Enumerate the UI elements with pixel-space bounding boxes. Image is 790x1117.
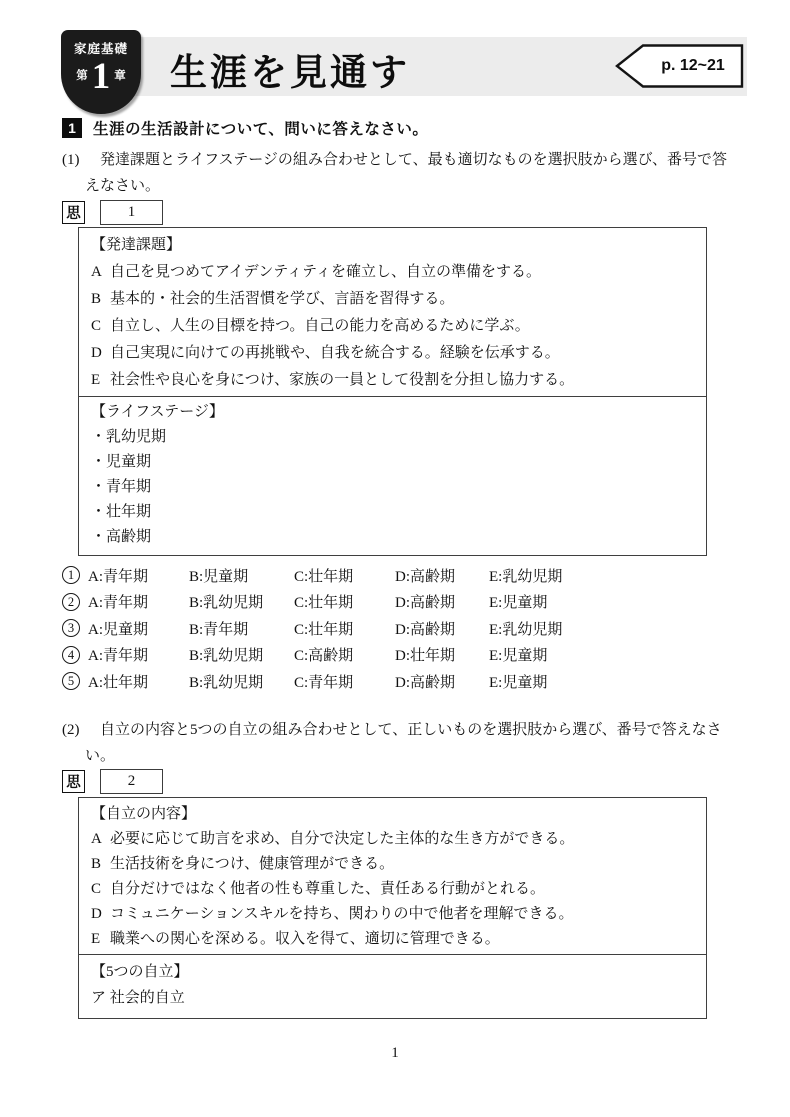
option-pair-e: E:乳幼児期 [489,618,746,639]
list-item: E 社会性や良心を身につけ、家族の一員として役割を分担し協力する。 [91,367,694,394]
option-row: 3 A:児童期 B:青年期 C:壮年期 D:高齢期 E:乳幼児期 [62,615,746,642]
option-pair-c: C:青年期 [294,671,395,692]
section-title: 【ライフステージ】 [91,400,694,425]
badge-chapter-number: 1 [92,58,111,95]
answer-row-1: 思 1 [62,199,746,225]
list-item: D 自己実現に向けての再挑戦や、自我を統合する。経験を伝承する。 [91,340,694,367]
item-label: E [91,367,110,394]
subquestion-1-text: (1) 発達課題とライフステージの組み合わせとして、最も適切なものを選択肢から選… [62,147,746,199]
question-heading-text: 生涯の生活設計について、問いに答えなさい。 [93,117,428,139]
item-text: 生活技術を身につけ、健康管理ができる。 [110,852,394,877]
item-text: 自己を見つめてアイデンティティを確立し、自立の準備をする。 [110,259,541,286]
badge-chapter-prefix: 第 [76,71,88,83]
badge-series-label: 家庭基礎 [61,39,141,57]
subquestion-2-line1: 自立の内容と5つの自立の組み合わせとして、正しいものを選択肢から選び、番号で答え… [100,717,722,743]
option-number: 3 [62,619,80,637]
item-text: 社会性や良心を身につけ、家族の一員として役割を分担し協力する。 [110,367,574,394]
list-item: C 自分だけではなく他者の性も尊重した、責任ある行動がとれる。 [91,877,694,902]
option-pair-d: D:高齢期 [395,565,489,586]
option-pair-e: E:児童期 [489,644,746,665]
worksheet-page: 生涯を見通す 家庭基礎 第 1 章 p. 12~21 1 生涯の生活設計について… [0,0,790,1117]
list-item: ・青年期 [91,475,694,500]
list-item: C 自立し、人生の目標を持つ。自己の能力を高めるために学ぶ。 [91,313,694,340]
option-pair-b: B:児童期 [189,565,294,586]
answer-options-1: 1 A:青年期 B:児童期 C:壮年期 D:高齢期 E:乳幼児期 2 A:青年期… [62,562,746,695]
item-text: 自己実現に向けての再挑戦や、自我を統合する。経験を伝承する。 [110,340,560,367]
answer-row-2: 思 2 [62,769,746,795]
item-label: D [91,902,110,927]
option-row: 4 A:青年期 B:乳幼児期 C:高齢期 D:壮年期 E:児童期 [62,642,746,669]
item-label: B [91,286,110,313]
item-label: E [91,927,110,952]
list-item: D コミュニケーションスキルを持ち、関わりの中で他者を理解できる。 [91,902,694,927]
option-pair-c: C:壮年期 [294,591,395,612]
list-item: ・壮年期 [91,500,694,525]
option-pair-d: D:壮年期 [395,644,489,665]
option-pair-b: B:乳幼児期 [189,671,294,692]
chapter-badge: 家庭基礎 第 1 章 [61,30,141,114]
badge-chapter-suffix: 章 [114,71,126,83]
page-number: 1 [0,1045,790,1062]
subquestion-2-text: (2) 自立の内容と5つの自立の組み合わせとして、正しいものを選択肢から選び、番… [62,717,746,769]
section-title: 【5つの自立】 [91,959,694,985]
list-item: E 職業への関心を深める。収入を得て、適切に管理できる。 [91,927,694,952]
item-label: B [91,852,110,877]
subquestion-1-line2: えなさい。 [85,173,746,199]
item-label: A [91,827,110,852]
list-item: ・児童期 [91,450,694,475]
option-pair-c: C:壮年期 [294,618,395,639]
list-item: B 生活技術を身につけ、健康管理ができる。 [91,852,694,877]
option-pair-a: A:青年期 [88,565,189,586]
item-text: 職業への関心を深める。収入を得て、適切に管理できる。 [110,927,500,952]
think-icon: 思 [62,201,85,224]
question-number-badge: 1 [62,118,82,138]
five-independence-section: 【5つの自立】 ア 社会的自立 [79,954,706,1018]
option-pair-d: D:高齢期 [395,671,489,692]
item-label: C [91,877,110,902]
item-label: A [91,259,110,286]
item-label: D [91,340,110,367]
option-pair-d: D:高齢期 [395,618,489,639]
item-text: 自分だけではなく他者の性も尊重した、責任ある行動がとれる。 [110,877,545,902]
option-pair-e: E:児童期 [489,591,746,612]
option-row: 5 A:壮年期 B:乳幼児期 C:青年期 D:高齢期 E:児童期 [62,668,746,695]
choices-box-1: 【発達課題】 A 自己を見つめてアイデンティティを確立し、自立の準備をする。 B… [78,227,707,556]
development-tasks-section: 【発達課題】 A 自己を見つめてアイデンティティを確立し、自立の準備をする。 B… [79,228,706,396]
option-row: 1 A:青年期 B:児童期 C:壮年期 D:高齢期 E:乳幼児期 [62,562,746,589]
option-number: 1 [62,566,80,584]
section-title: 【発達課題】 [91,232,694,259]
option-pair-a: A:青年期 [88,644,189,665]
subquestion-1-label: (1) [62,147,100,173]
item-label: C [91,313,110,340]
option-number: 2 [62,593,80,611]
option-pair-e: E:乳幼児期 [489,565,746,586]
life-stages-section: 【ライフステージ】 ・乳幼児期 ・児童期 ・青年期 ・壮年期 ・高齢期 [79,396,706,555]
list-item: ・高齢期 [91,525,694,550]
chapter-title: 生涯を見通す [170,42,410,96]
list-item: B 基本的・社会的生活習慣を学び、言語を習得する。 [91,286,694,313]
independence-content-section: 【自立の内容】 A 必要に応じて助言を求め、自分で決定した主体的な生き方ができる… [79,798,706,954]
option-pair-b: B:乳幼児期 [189,644,294,665]
answer-box-1: 1 [100,200,163,225]
list-item: A 必要に応じて助言を求め、自分で決定した主体的な生き方ができる。 [91,827,694,852]
subquestion-1-line1: 発達課題とライフステージの組み合わせとして、最も適切なものを選択肢から選び、番号… [100,147,727,173]
option-number: 4 [62,646,80,664]
option-pair-a: A:壮年期 [88,671,189,692]
option-row: 2 A:青年期 B:乳幼児期 C:壮年期 D:高齢期 E:児童期 [62,589,746,616]
section-title: 【自立の内容】 [91,802,694,827]
item-text: コミュニケーションスキルを持ち、関わりの中で他者を理解できる。 [110,902,574,927]
subquestion-2-label: (2) [62,717,100,743]
subquestion-2-line2: い。 [85,743,746,769]
option-pair-e: E:児童期 [489,671,746,692]
option-pair-b: B:乳幼児期 [189,591,294,612]
option-pair-a: A:青年期 [88,591,189,612]
list-item: ・乳幼児期 [91,425,694,450]
page-ref-text: p. 12~21 [645,43,741,89]
choices-box-2: 【自立の内容】 A 必要に応じて助言を求め、自分で決定した主体的な生き方ができる… [78,797,707,1019]
option-pair-d: D:高齢期 [395,591,489,612]
question-1-heading: 1 生涯の生活設計について、問いに答えなさい。 [62,117,746,139]
list-item: A 自己を見つめてアイデンティティを確立し、自立の準備をする。 [91,259,694,286]
option-pair-a: A:児童期 [88,618,189,639]
option-pair-c: C:高齢期 [294,644,395,665]
option-number: 5 [62,672,80,690]
answer-box-2: 2 [100,769,163,794]
think-icon: 思 [62,770,85,793]
option-pair-c: C:壮年期 [294,565,395,586]
page-ref-tag: p. 12~21 [615,43,745,89]
item-text: 自立し、人生の目標を持つ。自己の能力を高めるために学ぶ。 [110,313,530,340]
list-item: ア 社会的自立 [91,985,694,1011]
item-text: 基本的・社会的生活習慣を学び、言語を習得する。 [110,286,454,313]
main-content: 1 生涯の生活設計について、問いに答えなさい。 (1) 発達課題とライフステージ… [62,117,746,1019]
item-text: 必要に応じて助言を求め、自分で決定した主体的な生き方ができる。 [110,827,574,852]
badge-chapter-line: 第 1 章 [61,58,141,95]
option-pair-b: B:青年期 [189,618,294,639]
